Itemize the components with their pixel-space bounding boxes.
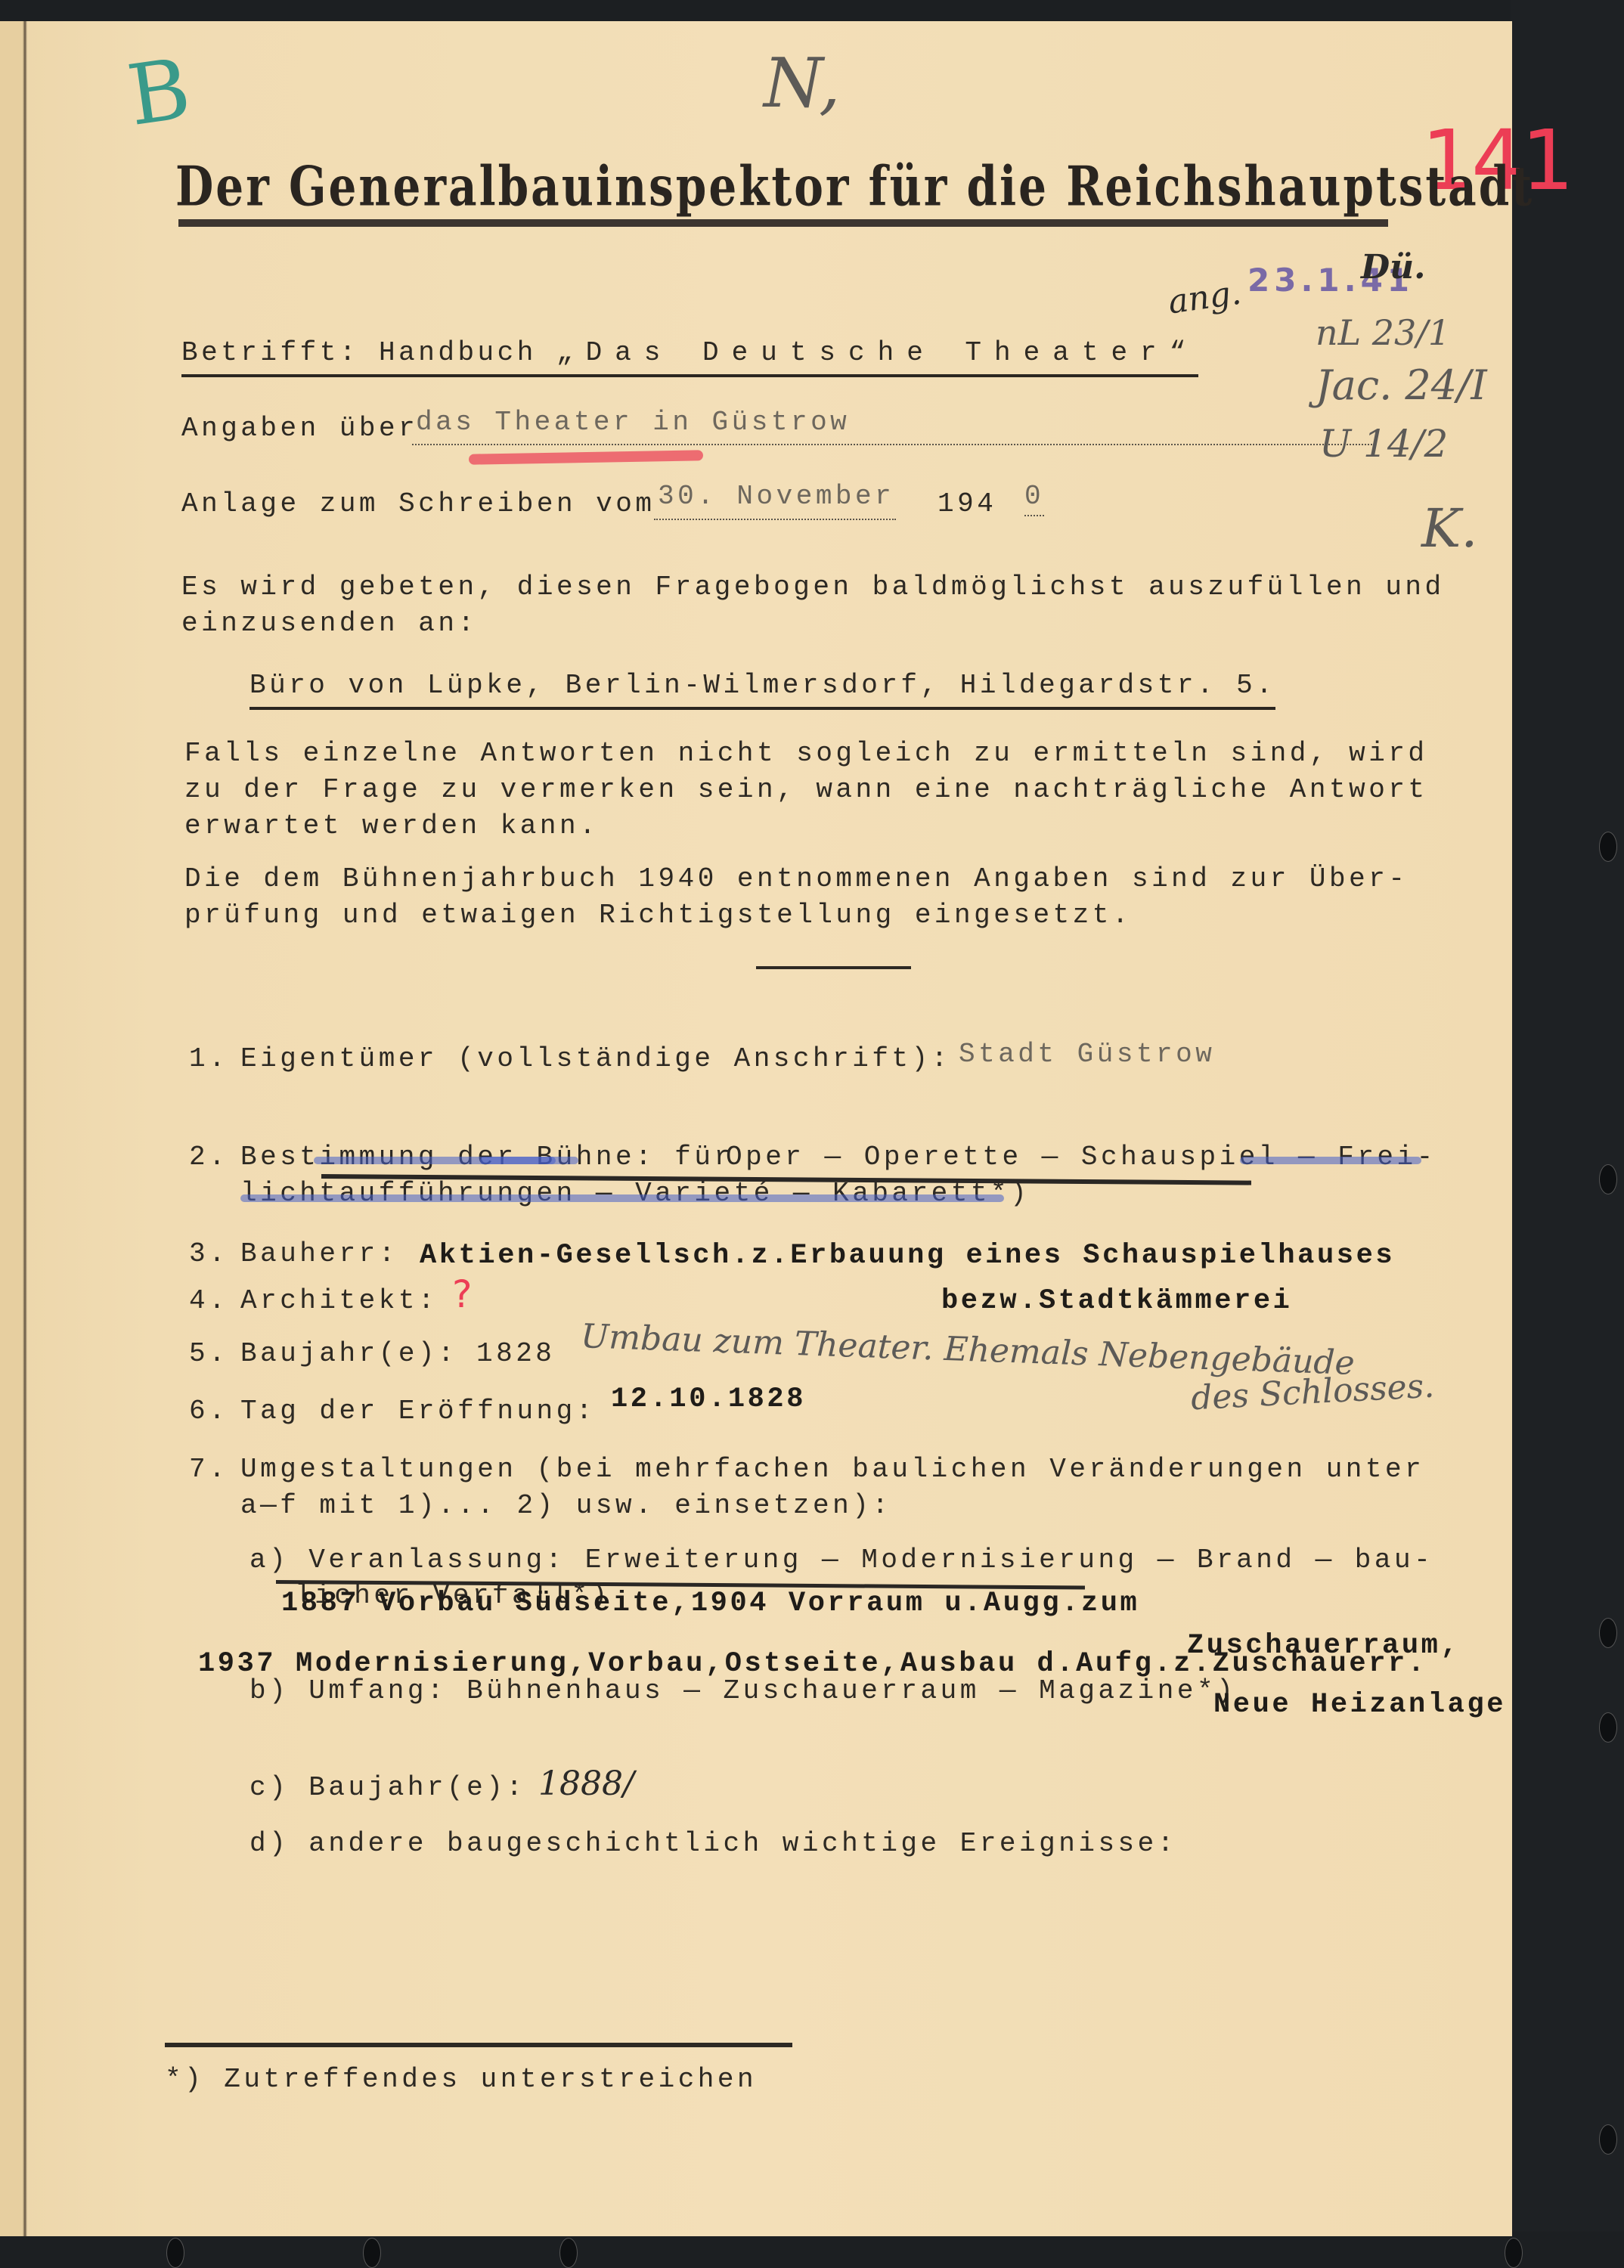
binder-hole bbox=[1599, 1618, 1617, 1648]
red-pencil-underline bbox=[469, 450, 703, 464]
binder-hole bbox=[1599, 832, 1617, 862]
q5-number: 5. bbox=[189, 1338, 228, 1369]
q2-strike-overlap bbox=[480, 1157, 578, 1164]
note-2-line-2: prüfung und etwaigen Richtigstellung ein… bbox=[184, 900, 1132, 931]
scanner-backdrop-bottom bbox=[0, 2232, 1624, 2268]
letterhead-title: Der Generalbauinspektor für die Reichsha… bbox=[175, 154, 1534, 218]
q7c-answer: 1888/ bbox=[538, 1765, 634, 1803]
q4-answer-question-mark: ? bbox=[452, 1272, 473, 1316]
q4-number: 4. bbox=[189, 1285, 228, 1316]
footnote: *) Zutreffendes unterstreichen bbox=[165, 2064, 757, 2095]
routing-note-2: Jac. 24/I bbox=[1316, 361, 1487, 409]
q1-label: Eigentümer (vollständige Anschrift): bbox=[240, 1043, 951, 1074]
q7a-label-line-1: a) Veranlassung: Erweiterung — Modernisi… bbox=[249, 1545, 1433, 1576]
note-1-line-2: zu der Frage zu vermerken sein, wann ein… bbox=[184, 774, 1428, 805]
subject-line: Betrifft: Handbuch „Das Deutsche Theater… bbox=[181, 337, 1198, 377]
q3-answer-cont: bezw.Stadtkämmerei bbox=[941, 1285, 1292, 1317]
q6-number: 6. bbox=[189, 1396, 228, 1427]
binder-hole bbox=[1505, 2238, 1523, 2268]
attachment-date: 30. November bbox=[658, 481, 894, 512]
note-1-line-3: erwartet werden kann. bbox=[184, 810, 599, 841]
q2-number: 2. bbox=[189, 1142, 228, 1173]
q7b-answer: Neue Heizanlage bbox=[1213, 1689, 1506, 1721]
note-2-line-1: Die dem Bühnenjahrbuch 1940 entnommenen … bbox=[184, 863, 1408, 894]
subject-title: „Das Deutsche Theater“ bbox=[556, 337, 1198, 368]
request-line-2: einzusenden an: bbox=[181, 608, 478, 639]
annotation-letter-b: B bbox=[122, 40, 196, 144]
address-line: Büro von Lüpke, Berlin-Wilmersdorf, Hild… bbox=[249, 670, 1275, 710]
q6-answer: 12.10.1828 bbox=[611, 1383, 806, 1415]
q7d-label: d) andere baugeschichtlich wichtige Erei… bbox=[249, 1828, 1177, 1859]
q1-answer: Stadt Güstrow bbox=[959, 1039, 1215, 1070]
binder-hole bbox=[559, 2238, 578, 2268]
q6-label: Tag der Eröffnung: bbox=[240, 1396, 596, 1427]
q1-number: 1. bbox=[189, 1043, 228, 1074]
q2-strike-frei bbox=[1240, 1157, 1421, 1164]
footnote-rule bbox=[165, 2043, 792, 2047]
received-initials: Dü. bbox=[1361, 248, 1425, 287]
annotation-mark-n: N, bbox=[764, 44, 841, 123]
binder-hole bbox=[363, 2238, 381, 2268]
attachment-label: Anlage zum Schreiben vom bbox=[181, 488, 655, 519]
q2-strike-line-2 bbox=[240, 1194, 1004, 1202]
q7-label-line-1: Umgestaltungen (bei mehrfachen baulichen… bbox=[240, 1454, 1424, 1485]
q7c-label: c) Baujahr(e): bbox=[249, 1772, 525, 1803]
subject-label: Betrifft: Handbuch bbox=[181, 337, 537, 368]
routing-note-1: nL 23/1 bbox=[1316, 312, 1450, 353]
q5-label: Baujahr(e): bbox=[240, 1338, 457, 1369]
binding-strip bbox=[0, 21, 24, 2236]
q3-answer: Aktien-Gesellsch.z.Erbauung eines Schaus… bbox=[420, 1240, 1395, 1272]
q7-label-line-2: a—f mit 1)... 2) usw. einsetzen): bbox=[240, 1490, 891, 1521]
q5-handwritten-note-1: Umbau zum Theater. Ehemals Nebengebäude bbox=[580, 1317, 1355, 1383]
about-value: das Theater in Güstrow bbox=[416, 407, 850, 438]
binder-hole bbox=[1599, 1164, 1617, 1194]
q3-label: Bauherr: bbox=[240, 1238, 398, 1269]
scanner-backdrop-right bbox=[1511, 0, 1624, 2268]
section-divider bbox=[756, 966, 911, 969]
attachment-year-suffix: 0 bbox=[1024, 481, 1044, 516]
received-label: ang. bbox=[1166, 274, 1244, 322]
request-line-1: Es wird gebeten, diesen Fragebogen baldm… bbox=[181, 572, 1445, 603]
document-page: B N, 141 Der Generalbauinspektor für die… bbox=[0, 21, 1512, 2236]
routing-note-4: K. bbox=[1421, 497, 1478, 559]
note-1-line-1: Falls einzelne Antworten nicht sogleich … bbox=[184, 738, 1428, 769]
binder-hole bbox=[1599, 1712, 1617, 1743]
attachment-year-prefix: 194 bbox=[938, 488, 996, 519]
q7b-label: b) Umfang: Bühnenhaus — Zuschauerraum — … bbox=[249, 1675, 1236, 1706]
q4-label: Architekt: bbox=[240, 1285, 438, 1316]
binding-fold bbox=[23, 21, 27, 2236]
about-label: Angaben über bbox=[181, 413, 418, 444]
q5-answer: 1828 bbox=[476, 1338, 555, 1369]
q7-number: 7. bbox=[189, 1454, 228, 1485]
q7a-answer-1: 1887 Vorbau Südseite,1904 Vorraum u.Augg… bbox=[281, 1588, 1139, 1619]
attachment-date-line bbox=[654, 511, 896, 520]
q3-number: 3. bbox=[189, 1238, 228, 1269]
letterhead-rule bbox=[178, 219, 1388, 227]
binder-hole bbox=[1599, 2124, 1617, 2155]
binder-hole bbox=[166, 2238, 184, 2268]
